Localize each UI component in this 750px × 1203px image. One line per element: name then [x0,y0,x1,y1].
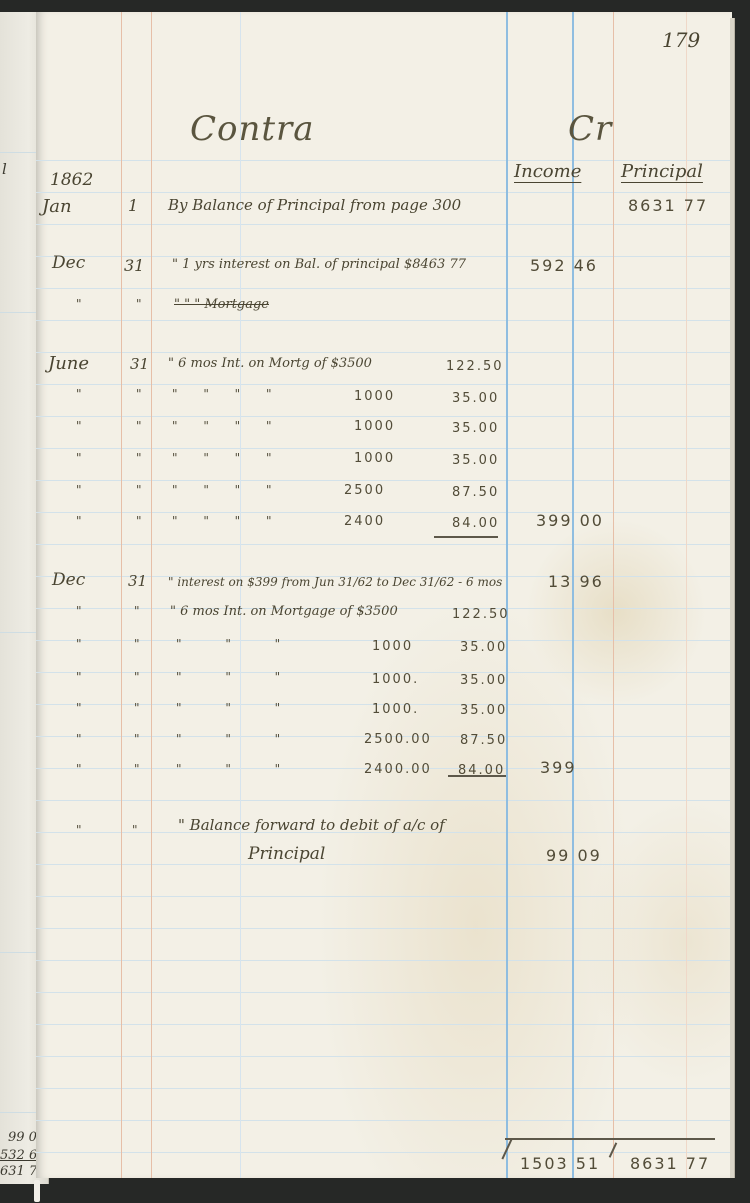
entry-description: " 1 yrs interest on Bal. of principal $8… [172,258,466,271]
subtotal-rule [434,536,498,538]
entry-month: " [76,763,82,775]
entry-description: " 6 mos Int. on Mortgage of $3500 [170,605,398,618]
entry-month: " [76,452,82,464]
entry-sub-amount: 1000 [354,420,395,433]
entry-day: " [136,452,142,464]
entry-month: " [76,702,82,714]
entry-month: June [48,355,89,373]
entry-month: " [76,420,82,432]
entry-description: " 6 mos Int. on Mortg of $3500 [168,357,372,370]
entry-day: " [134,605,140,617]
entry-description: " interest on $399 from Jun 31/62 to Dec… [168,576,502,588]
entry-amount: 122.50 [452,608,510,621]
entry-day: " [134,702,140,714]
entry-description: By Balance of Principal from page 300 [168,198,461,213]
entry-day: " [132,824,138,836]
entry-principal: 8631 77 [628,198,708,214]
entry-description: " " " [176,638,280,650]
entry-description: " " " [176,702,280,714]
entry-amount: 35.00 [452,422,499,435]
entry-amount: 35.00 [460,641,507,654]
column-header-income: Income [514,163,581,181]
entry-amount: 122.50 [446,360,504,373]
entry-income: 13 96 [548,574,604,590]
entry-amount: 35.00 [460,704,507,717]
entry-month: Dec [52,255,85,272]
ledger-title: Contra [190,112,315,146]
entry-description: " " " " [172,484,272,496]
entry-month: " [76,484,82,496]
entry-day: 1 [128,198,138,214]
entry-amount: 84.00 [452,517,499,530]
entry-income: 399 00 [536,513,604,529]
entry-day: " [134,671,140,683]
entry-sub-amount: 2400 [344,515,385,528]
entry-sub-amount: 2500 [344,484,385,497]
entry-sub-amount: 1000. [372,673,419,686]
totals-rule [505,1138,715,1140]
underlying-figure-2: 532 6 [0,1148,37,1163]
entry-description: " Balance forward to debit of a/c of [178,818,445,833]
entry-income: 99 09 [546,848,602,864]
entry-day: " [136,298,142,310]
entry-day: " [134,733,140,745]
entry-day: " [136,484,142,496]
page-number: 179 [662,30,700,50]
entry-amount: 87.50 [460,734,507,747]
underlying-margin-letter: l [2,160,7,178]
entry-sub-amount: 1000 [354,390,395,403]
column-header-principal: Principal [621,163,703,181]
entry-amount: 35.00 [452,392,499,405]
entry-month: " [76,733,82,745]
entry-month: " [76,515,82,527]
ledger-year: 1862 [50,172,93,189]
entry-day: " [134,763,140,775]
entry-sub-amount: 1000 [354,452,395,465]
entry-amount: 35.00 [460,674,507,687]
entry-month: " [76,298,82,310]
entry-description-continued: Principal [248,846,325,863]
entry-month: " [76,824,82,836]
entry-description: " " " [176,763,280,775]
entry-day: " [134,638,140,650]
entry-description: " " " " [172,452,272,464]
entry-description-struck: " " " Mortgage [174,298,269,311]
entry-amount: 35.00 [452,454,499,467]
entry-amount: 87.50 [452,486,499,499]
ledger-page [36,12,732,1178]
entry-income: 592 46 [530,258,598,274]
subtotal-rule [448,775,506,777]
entry-day: 31 [124,258,144,274]
entry-month: Dec [52,572,85,589]
entry-description: " " " [176,733,280,745]
entry-day: 31 [128,574,147,589]
underlying-figure-1: 99 0 [8,1130,37,1145]
entry-description: " " " [176,671,280,683]
total-principal: 8631 77 [630,1156,710,1172]
entry-day: 31 [130,357,149,372]
entry-day: " [136,388,142,400]
entry-month: " [76,671,82,683]
entry-sub-amount: 2500.00 [364,733,432,746]
entry-description: " " " " [172,420,272,432]
entry-month: " [76,388,82,400]
entry-day: " [136,420,142,432]
underlying-figure-3: 631 7 [0,1164,37,1179]
entry-sub-amount: 2400.00 [364,763,432,776]
ledger-side: Cr [568,112,612,146]
entry-description: " " " " [172,515,272,527]
entry-month: Jan [42,198,72,216]
total-income: 1503 51 [520,1156,600,1172]
entry-month: " [76,605,82,617]
entry-description: " " " " [172,388,272,400]
entry-income: 399 [540,760,577,776]
entry-sub-amount: 1000. [372,703,419,716]
entry-month: " [76,638,82,650]
entry-day: " [136,515,142,527]
entry-sub-amount: 1000 [372,640,413,653]
page-tab [34,1180,40,1202]
ledger-scan: l 99 0 532 6 631 7 [0,0,750,1203]
page-edge [730,18,735,1178]
